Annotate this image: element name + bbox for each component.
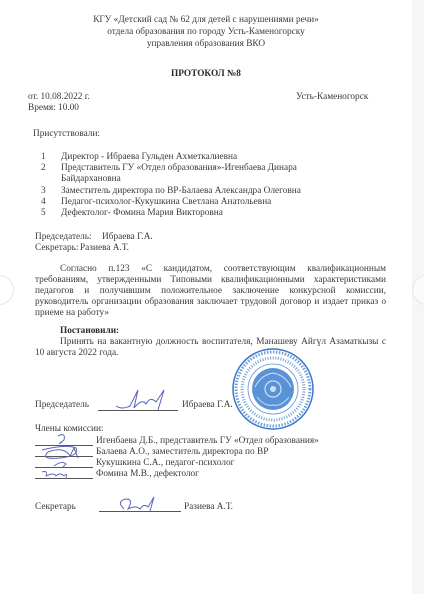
chair-name: Ибраева Г.А.: [102, 232, 153, 243]
attendee-item: Педагог-психолог-Кукушкина Светлана Анат…: [61, 197, 271, 208]
attendee-num: 1: [41, 152, 46, 163]
document-title: ПРОТОКОЛ №8: [0, 69, 412, 80]
secretary-label: Секретарь:: [35, 243, 79, 254]
org-line-1: КГУ «Детский сад № 62 для детей с наруше…: [0, 15, 412, 26]
document-page: КГУ «Детский сад № 62 для детей с наруше…: [0, 0, 412, 594]
attendee-item: Представитель ГУ «Отдел образования»-Иге…: [61, 163, 297, 174]
attendee-num: 2: [41, 163, 46, 174]
protocol-date: от. 10.08.2022 г.: [28, 92, 90, 103]
secretary-signature: [114, 495, 164, 515]
chair-label: Председатель:: [35, 232, 92, 243]
member-item: Фомина М.В., дефектолог: [96, 469, 199, 480]
resolved-heading: Постановили:: [60, 326, 119, 337]
secretary-sign-label: Секретарь: [35, 502, 76, 513]
member-item: Балаева А.О., заместитель директора по В…: [96, 447, 268, 458]
chair-sign-name: Ибраева Г.А.: [182, 400, 233, 411]
secretary-name: Разиева А.Т.: [80, 243, 129, 254]
attendee-num: 5: [41, 208, 46, 219]
resolution-text: Принять на вакантную должность воспитате…: [35, 337, 386, 359]
org-line-3: управления образования ВКО: [0, 39, 412, 50]
chair-signature: [112, 384, 172, 414]
attendee-item: Директор - Ибраева Гульден Ахметкалиевна: [61, 152, 237, 163]
chair-sign-label: Председатель: [35, 400, 89, 411]
body-paragraph: Согласно п.123 «С кандидатом, соответств…: [35, 264, 386, 319]
attendee-num: 3: [41, 186, 46, 197]
attendee-item-cont: Байдархановна: [61, 174, 121, 185]
protocol-time: Время: 10.00: [28, 103, 79, 114]
protocol-city: Усть-Каменогорск: [296, 92, 368, 103]
member-item: Кукушкина С.А., педагог-психолог: [96, 458, 234, 469]
member-item: Игенбаева Д.Б., представитель ГУ «Отдел …: [96, 436, 319, 447]
attendee-num: 4: [41, 197, 46, 208]
attendee-item: Заместитель директора по ВР-Балаева Алек…: [61, 186, 301, 197]
attendee-item: Дефектолог- Фомина Мария Викторовна: [61, 208, 223, 219]
member-signatures: [36, 428, 92, 480]
attendees-heading: Присутствовали:: [33, 129, 100, 140]
org-line-2: отдела образования по городу Усть-Камено…: [0, 27, 412, 38]
official-seal-icon: [231, 347, 315, 431]
secretary-sign-name: Разиева А.Т.: [184, 502, 233, 513]
